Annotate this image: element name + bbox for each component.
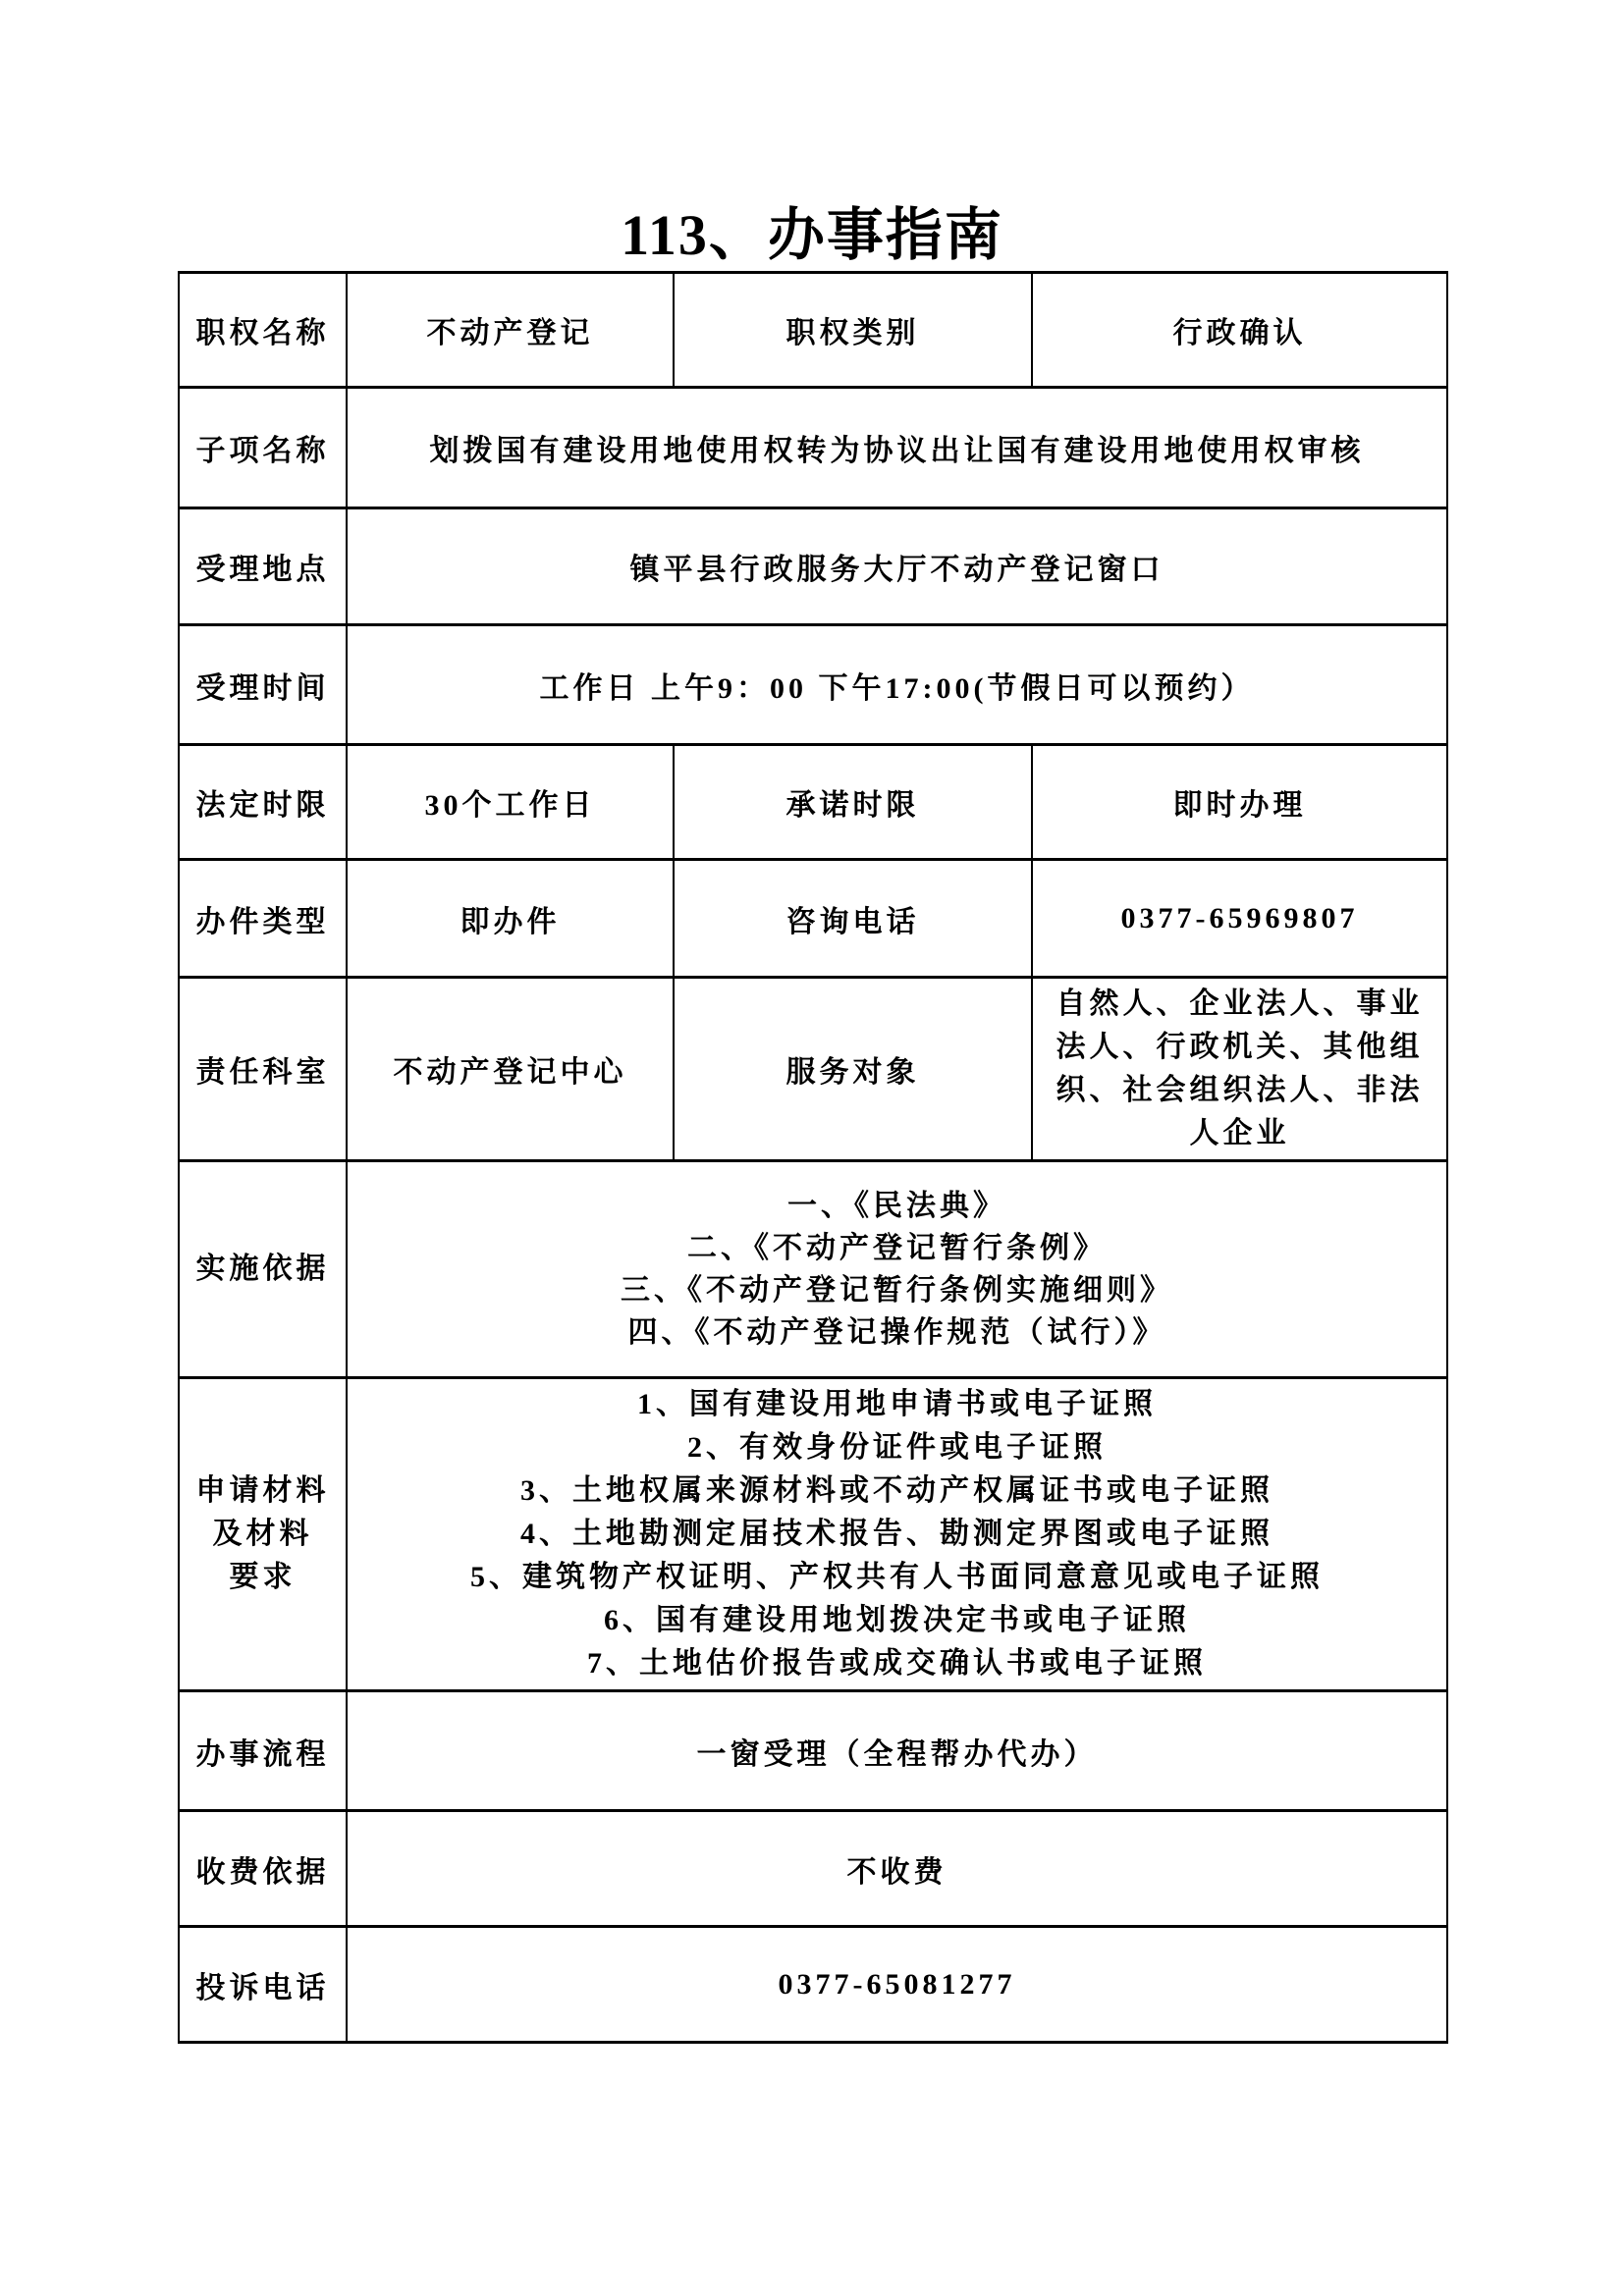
basis-line: 二、《不动产登记暂行条例》 <box>355 1227 1438 1269</box>
material-item: 4、土地勘测定届技术报告、勘测定界图或电子证照 <box>355 1513 1438 1556</box>
cell-handling-type: 即办件 <box>347 860 674 978</box>
cell-application-materials: 1、国有建设用地申请书或电子证照 2、有效身份证件或电子证照 3、土地权属来源材… <box>347 1378 1447 1691</box>
label-complaint-phone: 投诉电话 <box>179 1927 347 2043</box>
basis-line: 一、《民法典》 <box>355 1185 1438 1227</box>
material-item: 3、土地权属来源材料或不动产权属证书或电子证照 <box>355 1469 1438 1513</box>
cell-complaint-phone: 0377-65081277 <box>347 1927 1447 2043</box>
table-row: 法定时限 30个工作日 承诺时限 即时办理 <box>179 745 1447 860</box>
label-sub-item-name: 子项名称 <box>179 388 347 508</box>
cell-authority-name: 不动产登记 <box>347 273 674 388</box>
label-line: 要求 <box>188 1556 338 1599</box>
label-line: 申请材料 <box>188 1469 338 1513</box>
cell-implementation-basis: 一、《民法典》 二、《不动产登记暂行条例》 三、《不动产登记暂行条例实施细则》 … <box>347 1161 1447 1378</box>
table-row: 申请材料 及材料 要求 1、国有建设用地申请书或电子证照 2、有效身份证件或电子… <box>179 1378 1447 1691</box>
table-row: 办件类型 即办件 咨询电话 0377-65969807 <box>179 860 1447 978</box>
material-item: 2、有效身份证件或电子证照 <box>355 1426 1438 1469</box>
label-application-materials: 申请材料 及材料 要求 <box>179 1378 347 1691</box>
cell-sub-item-name: 划拨国有建设用地使用权转为协议出让国有建设用地使用权审核 <box>347 388 1447 508</box>
table-row: 受理时间 工作日 上午9：00 下午17:00(节假日可以预约） <box>179 625 1447 745</box>
label-service-target: 服务对象 <box>674 978 1032 1161</box>
cell-fee-basis: 不收费 <box>347 1811 1447 1927</box>
table-row: 投诉电话 0377-65081277 <box>179 1927 1447 2043</box>
label-line: 及材料 <box>188 1513 338 1556</box>
table-row: 实施依据 一、《民法典》 二、《不动产登记暂行条例》 三、《不动产登记暂行条例实… <box>179 1161 1447 1378</box>
cell-consultation-phone: 0377-65969807 <box>1032 860 1447 978</box>
material-item: 6、国有建设用地划拨决定书或电子证照 <box>355 1599 1438 1642</box>
table-row: 受理地点 镇平县行政服务大厅不动产登记窗口 <box>179 508 1447 625</box>
label-promised-time-limit: 承诺时限 <box>674 745 1032 860</box>
material-item: 5、建筑物产权证明、产权共有人书面同意意见或电子证照 <box>355 1556 1438 1599</box>
label-acceptance-location: 受理地点 <box>179 508 347 625</box>
table-row: 子项名称 划拨国有建设用地使用权转为协议出让国有建设用地使用权审核 <box>179 388 1447 508</box>
material-item: 1、国有建设用地申请书或电子证照 <box>355 1383 1438 1426</box>
cell-handling-process: 一窗受理（全程帮办代办） <box>347 1691 1447 1811</box>
label-fee-basis: 收费依据 <box>179 1811 347 1927</box>
label-responsible-department: 责任科室 <box>179 978 347 1161</box>
table-row: 办事流程 一窗受理（全程帮办代办） <box>179 1691 1447 1811</box>
label-implementation-basis: 实施依据 <box>179 1161 347 1378</box>
label-consultation-phone: 咨询电话 <box>674 860 1032 978</box>
label-authority-category: 职权类别 <box>674 273 1032 388</box>
label-statutory-time-limit: 法定时限 <box>179 745 347 860</box>
basis-line: 三、《不动产登记暂行条例实施细则》 <box>355 1269 1438 1311</box>
table-row: 职权名称 不动产登记 职权类别 行政确认 <box>179 273 1447 388</box>
table-row: 收费依据 不收费 <box>179 1811 1447 1927</box>
document-page: 113、办事指南 职权名称 不动产登记 职权类别 行政确认 子项名称 划拨国有建… <box>0 0 1624 2296</box>
service-guide-table: 职权名称 不动产登记 职权类别 行政确认 子项名称 划拨国有建设用地使用权转为协… <box>178 271 1448 2044</box>
cell-service-target: 自然人、企业法人、事业法人、行政机关、其他组织、社会组织法人、非法人企业 <box>1032 978 1447 1161</box>
table-row: 责任科室 不动产登记中心 服务对象 自然人、企业法人、事业法人、行政机关、其他组… <box>179 978 1447 1161</box>
basis-line: 四、《不动产登记操作规范（试行）》 <box>355 1311 1438 1354</box>
material-item: 7、土地估价报告或成交确认书或电子证照 <box>355 1642 1438 1685</box>
label-handling-type: 办件类型 <box>179 860 347 978</box>
page-title: 113、办事指南 <box>178 188 1446 271</box>
cell-authority-category: 行政确认 <box>1032 273 1447 388</box>
label-handling-process: 办事流程 <box>179 1691 347 1811</box>
cell-acceptance-location: 镇平县行政服务大厅不动产登记窗口 <box>347 508 1447 625</box>
label-acceptance-time: 受理时间 <box>179 625 347 745</box>
cell-acceptance-time: 工作日 上午9：00 下午17:00(节假日可以预约） <box>347 625 1447 745</box>
cell-responsible-department: 不动产登记中心 <box>347 978 674 1161</box>
cell-promised-time-limit: 即时办理 <box>1032 745 1447 860</box>
cell-statutory-time-limit: 30个工作日 <box>347 745 674 860</box>
label-authority-name: 职权名称 <box>179 273 347 388</box>
